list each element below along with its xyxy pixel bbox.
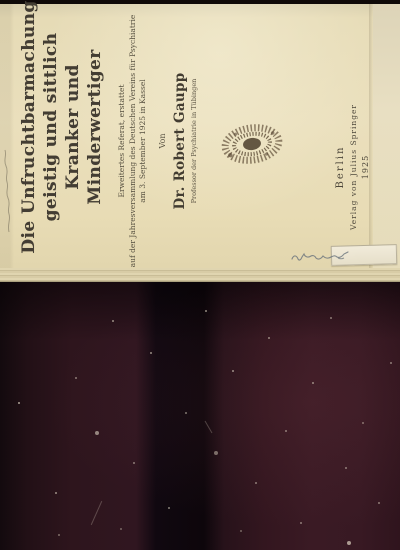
author-affiliation: Professor der Psychiatrie in Tübingen bbox=[190, 79, 198, 204]
imprint-city: Berlin bbox=[335, 64, 346, 270]
publisher-seal-icon bbox=[219, 119, 285, 169]
stacked-page-edges bbox=[0, 268, 400, 282]
book-subtitle: Erweitertes Referat, erstattet auf der J… bbox=[117, 15, 149, 268]
imprint-publisher: Verlag von Julius Springer bbox=[349, 64, 358, 270]
title-line-2: geistig und sittlich Kranker und bbox=[40, 0, 84, 256]
imprint-year: 1925 bbox=[361, 64, 370, 270]
author-name: Dr. Robert Gaupp bbox=[172, 72, 188, 209]
book-photo: Die Unfruchtbarmachung geistig und sittl… bbox=[0, 0, 400, 550]
subtitle-line-2: auf der Jahresversammlung des Deutschen … bbox=[128, 15, 139, 268]
dust-specks bbox=[0, 282, 2, 284]
book-title: Die Unfruchtbarmachung geistig und sittl… bbox=[18, 0, 106, 256]
byline: Von bbox=[158, 134, 167, 149]
subtitle-line-1: Erweitertes Referat, erstattet bbox=[117, 15, 128, 268]
title-line-1: Die Unfruchtbarmachung bbox=[18, 0, 40, 256]
title-line-3: Minderwertiger bbox=[84, 0, 106, 256]
imprint-block: Berlin Verlag von Julius Springer 1925 bbox=[335, 64, 370, 270]
pencil-scribble-icon bbox=[1, 148, 10, 234]
cover-sheen bbox=[0, 282, 400, 550]
handwritten-shelfmark-icon bbox=[289, 247, 351, 265]
title-page-text: Die Unfruchtbarmachung geistig und sittl… bbox=[12, 12, 394, 270]
subtitle-line-3: am 3. September 1925 in Kassel bbox=[138, 15, 149, 268]
